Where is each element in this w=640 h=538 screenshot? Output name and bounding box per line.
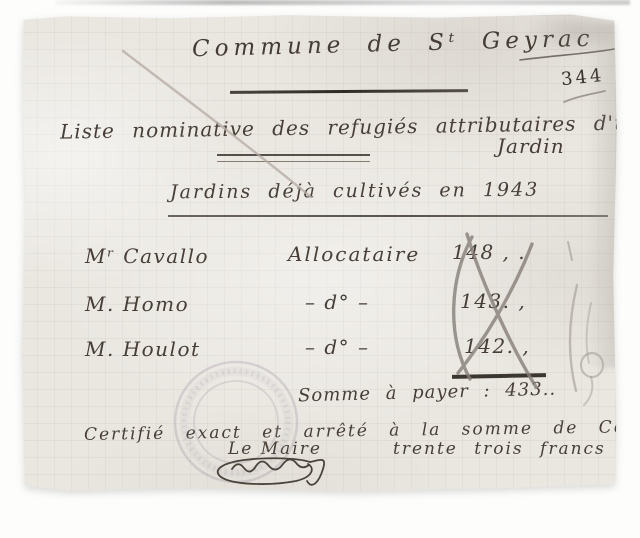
amount-francs-row1: 148 , . xyxy=(452,240,526,264)
section-heading: Jardins déjà cultivés en 1943 xyxy=(170,179,539,204)
allocation-status-row1: Allocataire xyxy=(288,242,420,266)
scan-artifact-streak xyxy=(55,0,630,5)
amount-francs-row3: 142. , xyxy=(464,334,530,358)
scan-smudge-top-right xyxy=(525,15,615,55)
title-underline xyxy=(230,89,468,94)
paper-sheet: Commune de Sᵗ Geyrac 344 Liste nominativ… xyxy=(20,13,618,492)
list-heading-line2: Jardin xyxy=(497,134,565,158)
total-sum-rule xyxy=(452,373,546,379)
refugee-name-row3: M. Houlot xyxy=(85,337,201,361)
certification-line2: trente trois francs xyxy=(393,439,606,459)
document-page: Commune de Sᵗ Geyrac 344 Liste nominativ… xyxy=(20,13,618,492)
total-due-line: Somme à payer : 433.. xyxy=(298,379,557,407)
list-heading-underline xyxy=(217,154,370,162)
mayor-signature xyxy=(218,458,324,485)
allocation-status-row3: – d° – xyxy=(305,335,370,359)
refugee-name-row1: Mʳ Cavallo xyxy=(85,244,209,268)
allocation-status-row2: – d° – xyxy=(305,290,370,314)
signatory-title: Le Maire xyxy=(228,439,322,459)
amount-francs-row2: 143. , xyxy=(460,289,526,313)
refugee-name-row2: M. Homo xyxy=(85,292,189,316)
scan-shadow-right-edge xyxy=(586,23,618,368)
section-underline xyxy=(168,215,608,217)
